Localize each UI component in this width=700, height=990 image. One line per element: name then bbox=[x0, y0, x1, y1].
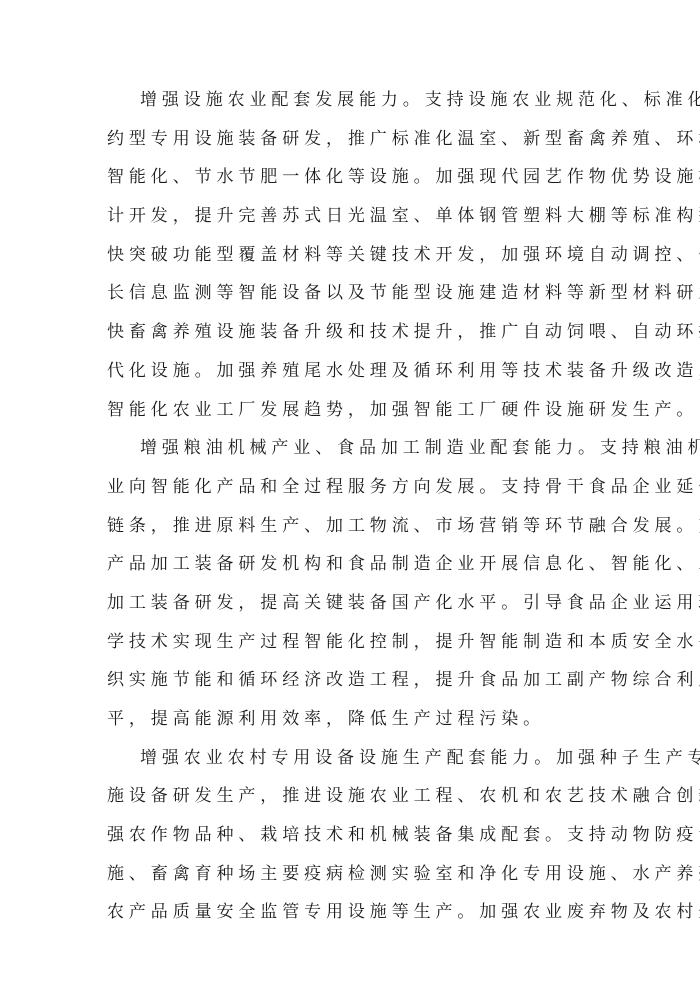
text-line: 约型专用设施装备研发，推广标准化温室、新型畜禽养殖、环境控制 bbox=[107, 120, 597, 159]
text-line: 快畜禽养殖设施装备升级和技术提升，推广自动饲喂、自动环控等现 bbox=[107, 313, 597, 352]
text-line: 快突破功能型覆盖材料等关键技术开发，加强环境自动调控、作物生 bbox=[107, 236, 597, 275]
text-line: 产品加工装备研发机构和食品制造企业开展信息化、智能化、工程化 bbox=[107, 545, 597, 584]
text-line: 织实施节能和循环经济改造工程，提升食品加工副产物综合利用水 bbox=[107, 661, 597, 700]
text-line: 施、畜禽育种场主要疫病检测实验室和净化专用设施、水产养殖设施、 bbox=[107, 855, 597, 894]
text-line: 计开发，提升完善苏式日光温室、单体钢管塑料大棚等标准构型，加 bbox=[107, 197, 597, 236]
text-line: 施设备研发生产，推进设施农业工程、农机和农艺技术融合创新，加 bbox=[107, 777, 597, 816]
paragraph-rural-special-equipment: 增强农业农村专用设备设施生产配套能力。加强种子生产专用设 施设备研发生产，推进设… bbox=[107, 739, 597, 932]
text-line: 代化设施。加强养殖尾水处理及循环利用等技术装备升级改造，适应 bbox=[107, 352, 597, 391]
document-page: 增强设施农业配套发展能力。支持设施农业规范化、标准化、集 约型专用设施装备研发，… bbox=[107, 81, 597, 932]
text-line: 长信息监测等智能设备以及节能型设施建造材料等新型材料研发。加 bbox=[107, 274, 597, 313]
paragraph-facility-agriculture: 增强设施农业配套发展能力。支持设施农业规范化、标准化、集 约型专用设施装备研发，… bbox=[107, 81, 597, 429]
paragraph-grain-oil-food-processing: 增强粮油机械产业、食品加工制造业配套能力。支持粮油机械产 业向智能化产品和全过程… bbox=[107, 429, 597, 739]
text-line: 智能化、节水节肥一体化等设施。加强现代园艺作物优势设施构型设 bbox=[107, 158, 597, 197]
text-line: 增强粮油机械产业、食品加工制造业配套能力。支持粮油机械产 bbox=[107, 429, 597, 468]
text-line: 增强农业农村专用设备设施生产配套能力。加强种子生产专用设 bbox=[107, 739, 597, 778]
text-line: 业向智能化产品和全过程服务方向发展。支持骨干食品企业延伸产业 bbox=[107, 468, 597, 507]
text-line: 学技术实现生产过程智能化控制，提升智能制造和本质安全水平。组 bbox=[107, 623, 597, 662]
text-line: 加工装备研发，提高关键装备国产化水平。引导食品企业运用现代科 bbox=[107, 584, 597, 623]
text-line: 强农作物品种、栽培技术和机械装备集成配套。支持动物防疫专用设 bbox=[107, 816, 597, 855]
text-line: 增强设施农业配套发展能力。支持设施农业规范化、标准化、集 bbox=[107, 81, 597, 120]
text-line: 链条，推进原料生产、加工物流、市场营销等环节融合发展。支持农 bbox=[107, 507, 597, 546]
text-line: 平，提高能源利用效率，降低生产过程污染。 bbox=[107, 700, 597, 739]
text-line: 农产品质量安全监管专用设施等生产。加强农业废弃物及农村生活污 bbox=[107, 893, 597, 932]
text-line: 智能化农业工厂发展趋势，加强智能工厂硬件设施研发生产。 bbox=[107, 391, 597, 430]
